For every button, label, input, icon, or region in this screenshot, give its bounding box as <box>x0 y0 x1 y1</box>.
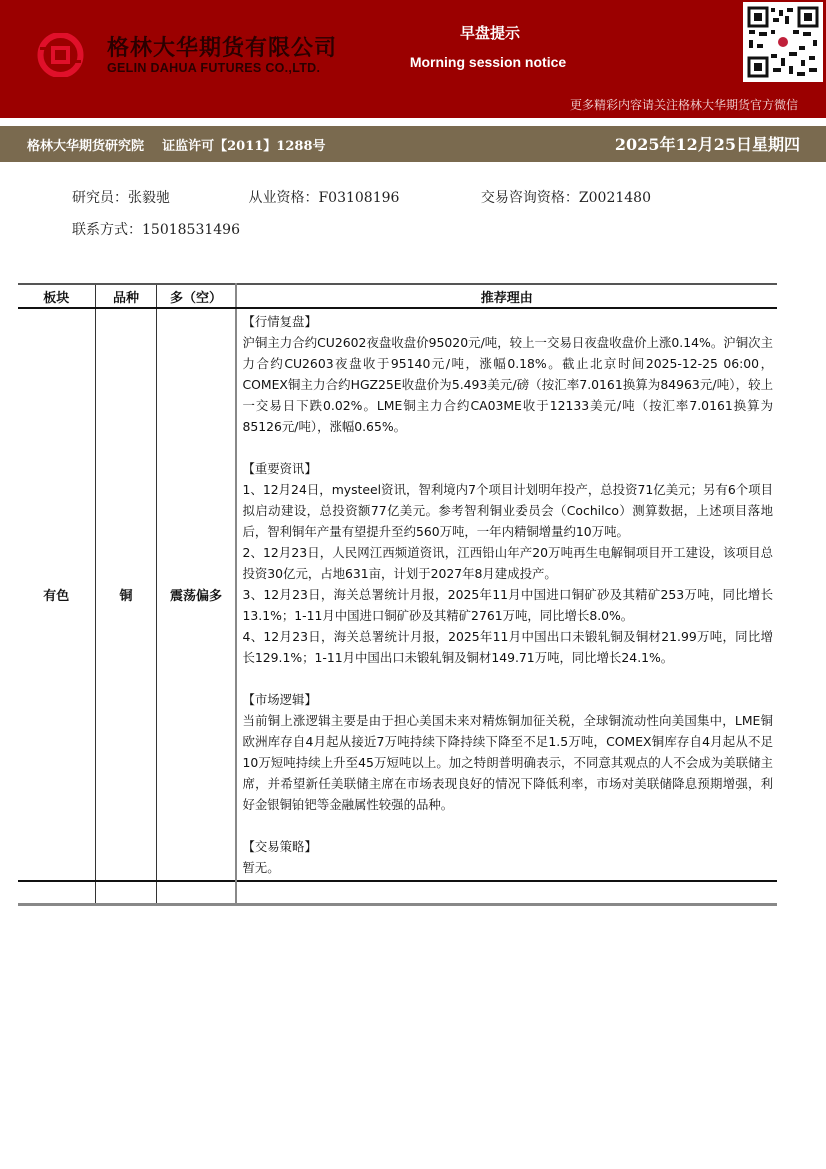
practice-qualification: 从业资格：F03108196 <box>248 187 476 207</box>
empty-cell <box>236 881 778 905</box>
report-title-cn: 早盘提示 <box>440 22 540 43</box>
report-title-en: Morning session notice <box>400 54 576 70</box>
recommendation-table: 板块 品种 多（空） 推荐理由 有色 铜 震荡偏多 【行情复盘】 沪铜主力合约C… <box>18 283 777 906</box>
section-title-logic: 【市场逻辑】 <box>243 689 774 710</box>
review-paragraph: 沪铜主力合约CU2602夜盘收盘价95020元/吨，较上一交易日夜盘收盘价上涨0… <box>243 332 774 437</box>
contact-info: 联系方式：15018531496 <box>72 219 240 239</box>
company-name-en: GELIN DAHUA FUTURES CO.,LTD. <box>107 61 320 75</box>
empty-cell <box>157 881 236 905</box>
researcher-name: 研究员：张毅驰 <box>72 187 244 207</box>
cell-reason: 【行情复盘】 沪铜主力合约CU2602夜盘收盘价95020元/吨，较上一交易日夜… <box>236 308 778 881</box>
empty-cell <box>18 881 95 905</box>
cell-direction: 震荡偏多 <box>157 308 236 881</box>
news-item-2: 2、12月23日，人民网江西频道资讯，江西铅山年产20万吨再生电解铜项目开工建设… <box>243 542 774 584</box>
cell-sector: 有色 <box>18 308 95 881</box>
header-reason: 推荐理由 <box>236 284 778 308</box>
spacer <box>243 437 774 458</box>
section-title-news: 【重要资讯】 <box>243 458 774 479</box>
wechat-qr-code-icon <box>743 2 823 82</box>
header-variety: 品种 <box>95 284 157 308</box>
consult-qualification: 交易咨询资格：Z0021480 <box>481 187 651 207</box>
institute-license: 格林大华期货研究院 证监许可【2011】1288号 <box>27 135 326 154</box>
news-item-4: 4、12月23日，海关总署统计月报，2025年11月中国出口未锻轧铜及铜材21.… <box>243 626 774 668</box>
researcher-info-row: 研究员：张毅驰 从业资格：F03108196 交易咨询资格：Z0021480 <box>72 187 651 207</box>
table-header-row: 板块 品种 多（空） 推荐理由 <box>18 284 777 308</box>
news-item-1: 1、12月24日，mysteel资讯，智利境内7个项目计划明年投产，总投资71亿… <box>243 479 774 542</box>
strategy-paragraph: 暂无。 <box>243 857 774 878</box>
institute-name: 格林大华期货研究院 <box>27 139 144 154</box>
company-name-cn: 格林大华期货有限公司 <box>107 31 337 62</box>
spacer <box>243 815 774 836</box>
header-sector: 板块 <box>18 284 95 308</box>
header-direction: 多（空） <box>157 284 236 308</box>
cell-variety: 铜 <box>95 308 157 881</box>
empty-cell <box>95 881 157 905</box>
license-number: 证监许可【2011】1288号 <box>162 139 325 154</box>
news-item-3: 3、12月23日，海关总署统计月报，2025年11月中国进口铜矿砂及其精矿253… <box>243 584 774 626</box>
table-row: 有色 铜 震荡偏多 【行情复盘】 沪铜主力合约CU2602夜盘收盘价95020元… <box>18 308 777 881</box>
section-title-strategy: 【交易策略】 <box>243 836 774 857</box>
spacer <box>243 668 774 689</box>
logic-paragraph: 当前铜上涨逻辑主要是由于担心美国未来对精炼铜加征关税，全球铜流动性向美国集中，L… <box>243 710 774 815</box>
report-date: 2025年12月25日星期四 <box>615 132 800 155</box>
table-empty-row <box>18 881 777 905</box>
contact-row: 联系方式：15018531496 <box>72 219 240 239</box>
follow-wechat-text: 更多精彩内容请关注格林大华期货官方微信 <box>570 96 798 113</box>
header-banner: 格林大华期货有限公司 GELIN DAHUA FUTURES CO.,LTD. … <box>0 0 826 118</box>
company-logo-icon <box>34 33 87 77</box>
institute-band: 格林大华期货研究院 证监许可【2011】1288号 2025年12月25日星期四 <box>0 126 826 162</box>
section-title-review: 【行情复盘】 <box>243 311 774 332</box>
